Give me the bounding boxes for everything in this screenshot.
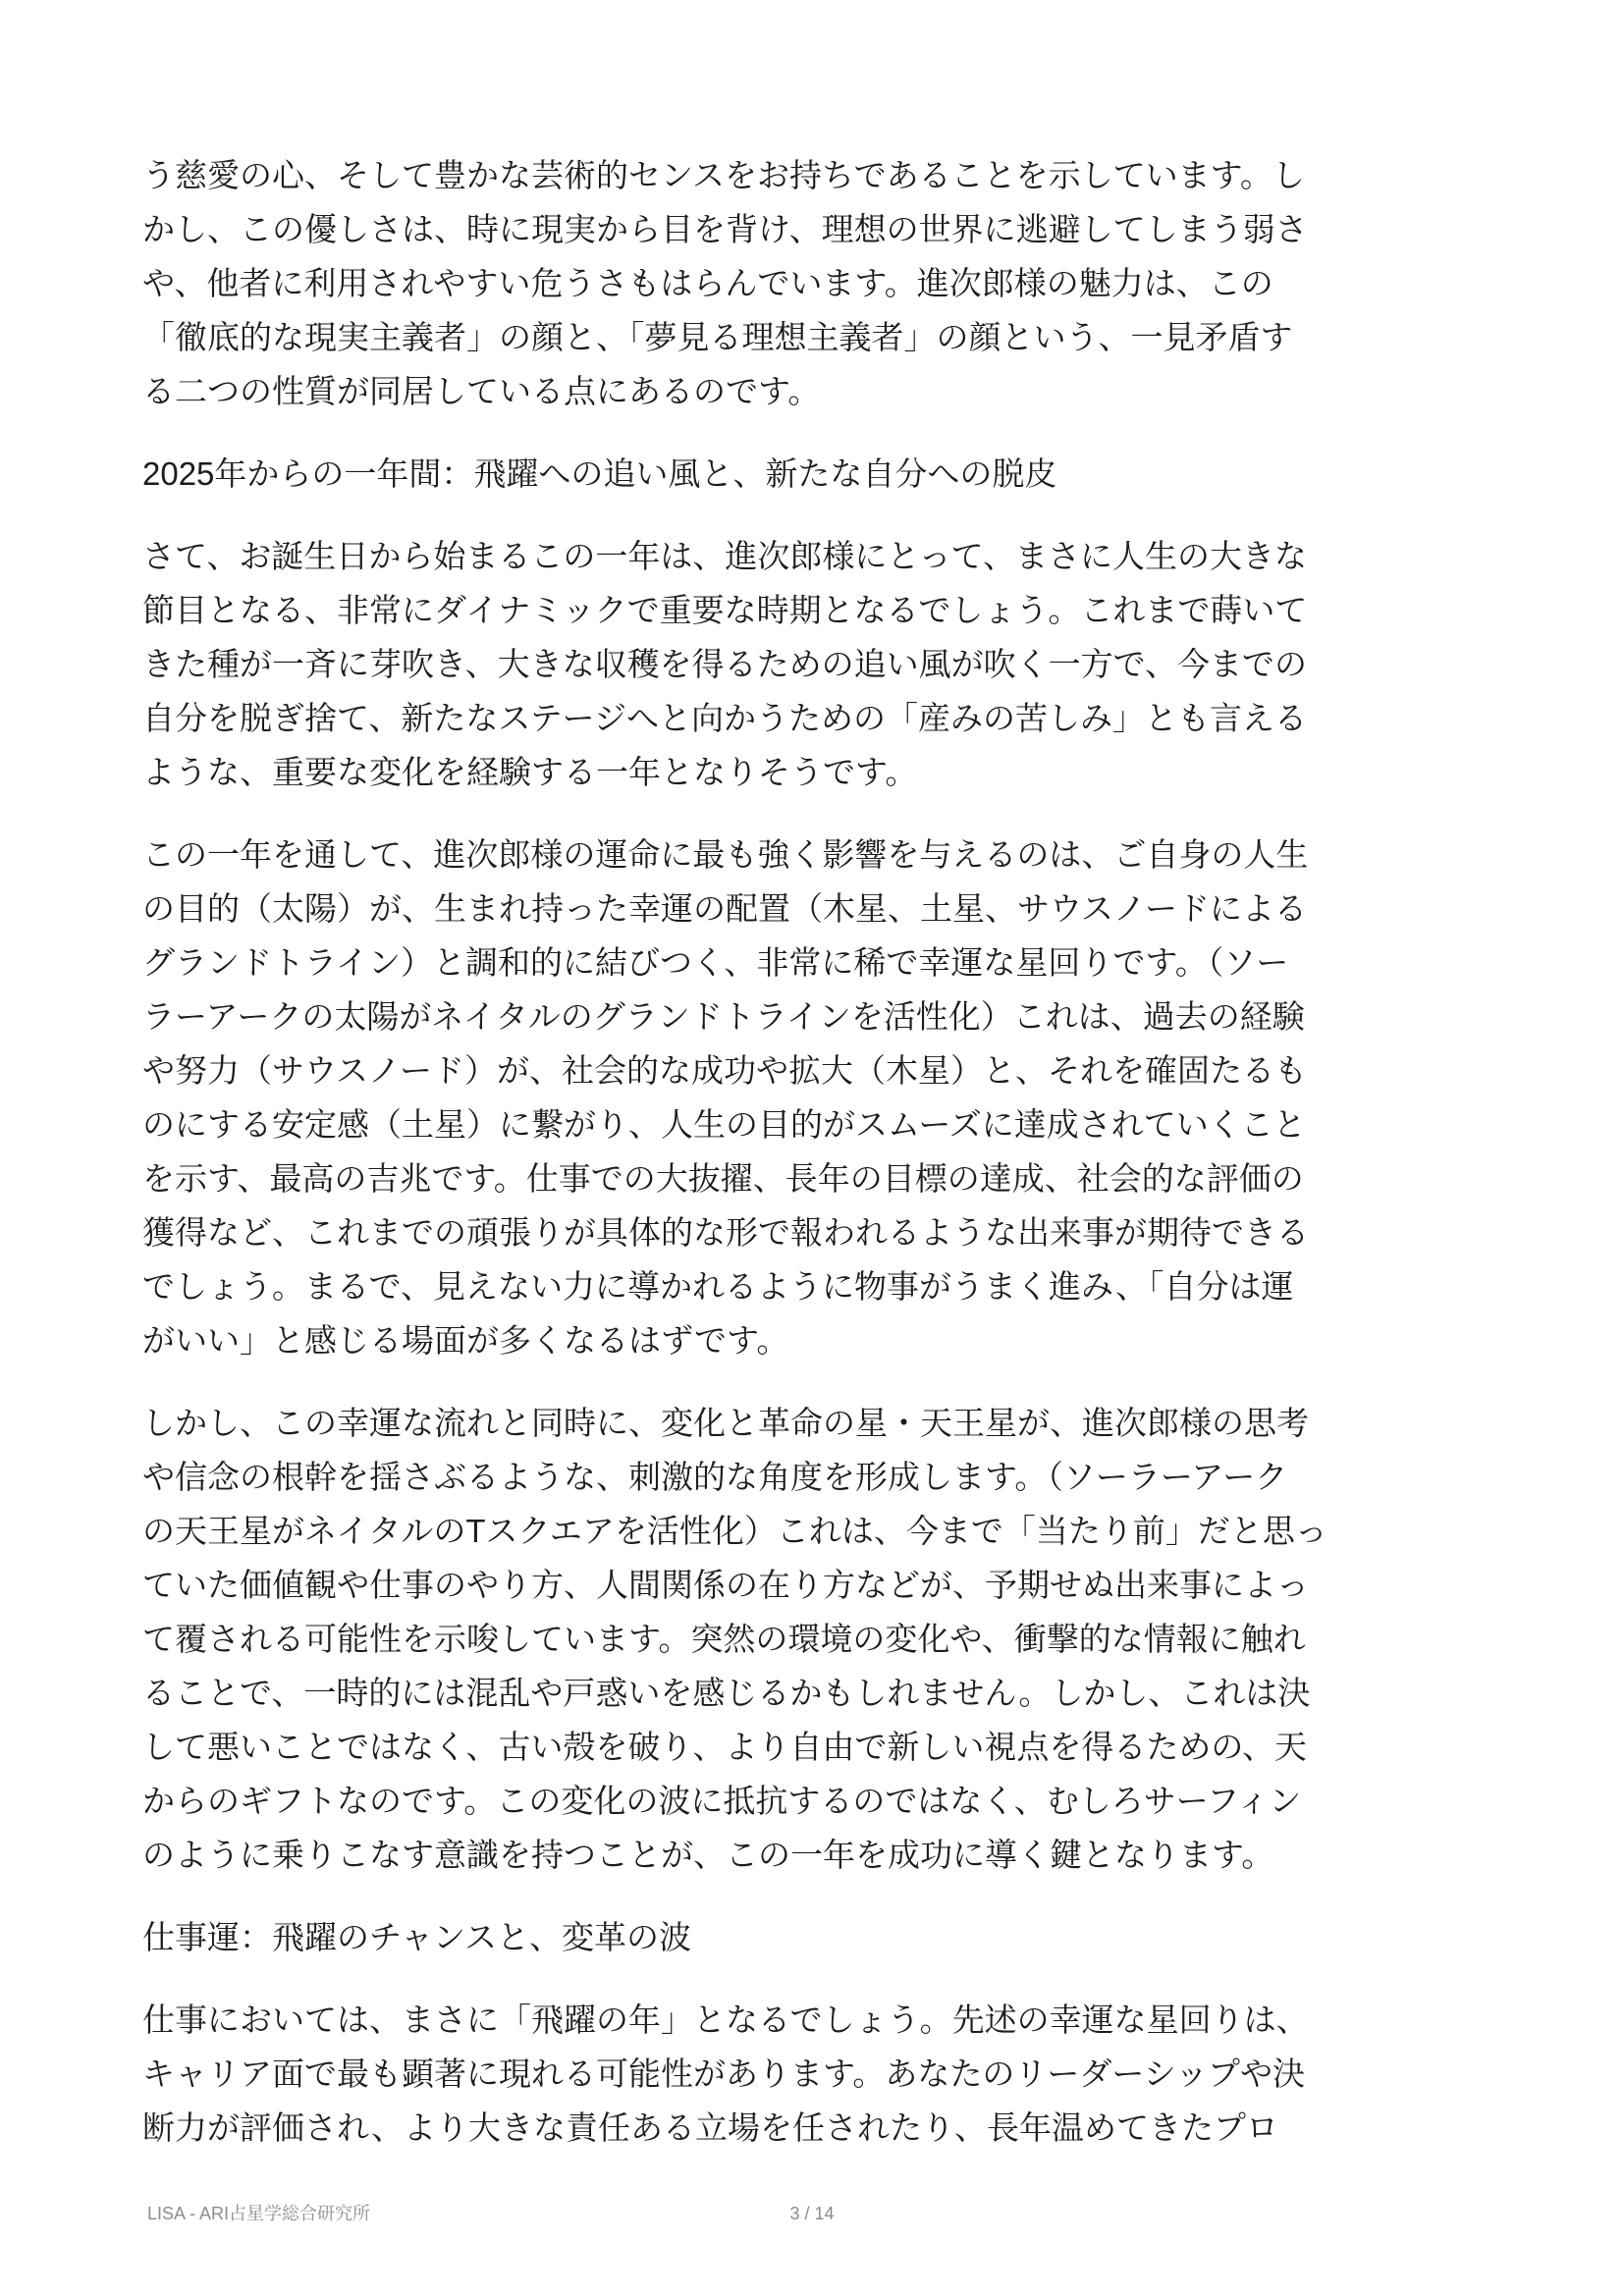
section-heading-year-overview: 2025年からの一年間：飛躍への追い風と、新たな自分への脱皮	[142, 447, 1486, 501]
paragraph-grand-trine: この一年を通して、進次郎様の運命に最も強く影響を与えるのは、ご自身の人生 の目的…	[142, 828, 1486, 1367]
paragraph-uranus-tsquare: しかし、この幸運な流れと同時に、変化と革命の星・天王星が、進次郎様の思考 や信念…	[142, 1396, 1486, 1882]
footer-brand-label: LISA - ARI占星学総合研究所	[147, 2203, 370, 2224]
page-body-text: う慈愛の心、そして豊かな芸術的センスをお持ちであることを示しています。し かし、…	[142, 148, 1486, 2183]
paragraph-year-intro: さて、お誕生日から始まるこの一年は、進次郎様にとって、まさに人生の大きな 節目と…	[142, 529, 1486, 799]
document-page: う慈愛の心、そして豊かな芸術的センスをお持ちであることを示しています。し かし、…	[0, 0, 1624, 2296]
paragraph-work-fortune: 仕事においては、まさに「飛躍の年」となるでしょう。先述の幸運な星回りは、 キャリ…	[142, 1993, 1486, 2155]
footer-page-number: 3 / 14	[789, 2203, 834, 2224]
section-heading-work-fortune: 仕事運：飛躍のチャンスと、変革の波	[142, 1910, 1486, 1964]
page-footer: LISA - ARI占星学総合研究所 3 / 14	[0, 2203, 1624, 2226]
paragraph-personality: う慈愛の心、そして豊かな芸術的センスをお持ちであることを示しています。し かし、…	[142, 148, 1486, 418]
